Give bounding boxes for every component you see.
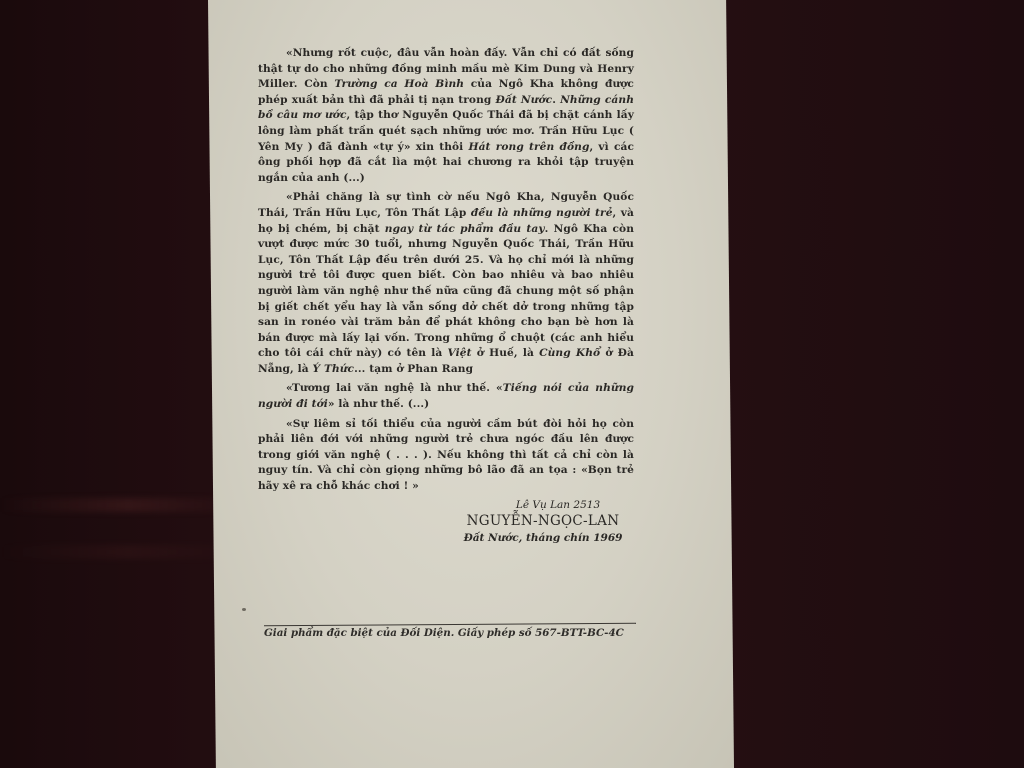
paragraph: «Phải chăng là sự tình cờ nếu Ngô Kha, N… (258, 190, 634, 377)
italic-title: ngay từ tác phẩm đầu tay (385, 223, 545, 235)
italic-title: Cùng Khổ (539, 347, 600, 359)
text-run: ở Huế, là (472, 347, 539, 359)
printed-page: «Nhưng rốt cuộc, đâu vẫn hoàn đấy. Vẫn c… (208, 0, 734, 768)
paragraph: «Tương lai văn nghệ là như thế. «Tiếng n… (258, 381, 634, 412)
italic-title: Ý Thức (313, 363, 355, 375)
italic-title: Việt (448, 347, 472, 359)
publication-footer: Giai phẩm đặc biệt của Đối Diện. Giấy ph… (264, 627, 638, 639)
signature-block: Lê Vụ Lan 2513 NGUYỄN-NGỌC-LAN Đất Nước,… (448, 498, 638, 546)
italic-title: đều là những người trẻ (471, 207, 613, 219)
pen-name-note: Lê Vụ Lan 2513 (478, 498, 638, 512)
italic-title: Đất Nước (496, 94, 553, 106)
text-run: ... tạm ở Phan Rang (354, 363, 473, 375)
italic-title: Hát rong trên đồng (468, 141, 589, 153)
text-run: . (552, 94, 560, 106)
text-run: . Ngô Kha còn vượt được mức 30 tuổi, như… (258, 223, 634, 360)
paragraph: «Sự liêm sỉ tối thiểu của người cầm bút … (258, 417, 634, 495)
article-body: «Nhưng rốt cuộc, đâu vẫn hoàn đấy. Vẫn c… (258, 46, 634, 499)
footer-rule (264, 623, 636, 627)
text-run: » là như thế. (...) (328, 398, 429, 410)
wood-grain-highlight (0, 545, 215, 559)
italic-title: Trường ca Hoà Bình (334, 78, 464, 90)
author-name: NGUYỄN-NGỌC-LAN (448, 512, 638, 530)
paragraph: «Nhưng rốt cuộc, đâu vẫn hoàn đấy. Vẫn c… (258, 46, 634, 186)
text-run: «Tương lai văn nghệ là như thế. « (286, 382, 503, 394)
source-and-date: Đất Nước, tháng chín 1969 (448, 530, 638, 546)
ink-speck (242, 608, 246, 611)
text-run: «Sự liêm sỉ tối thiểu của người cầm bút … (258, 418, 634, 492)
wood-grain-highlight (0, 498, 215, 512)
